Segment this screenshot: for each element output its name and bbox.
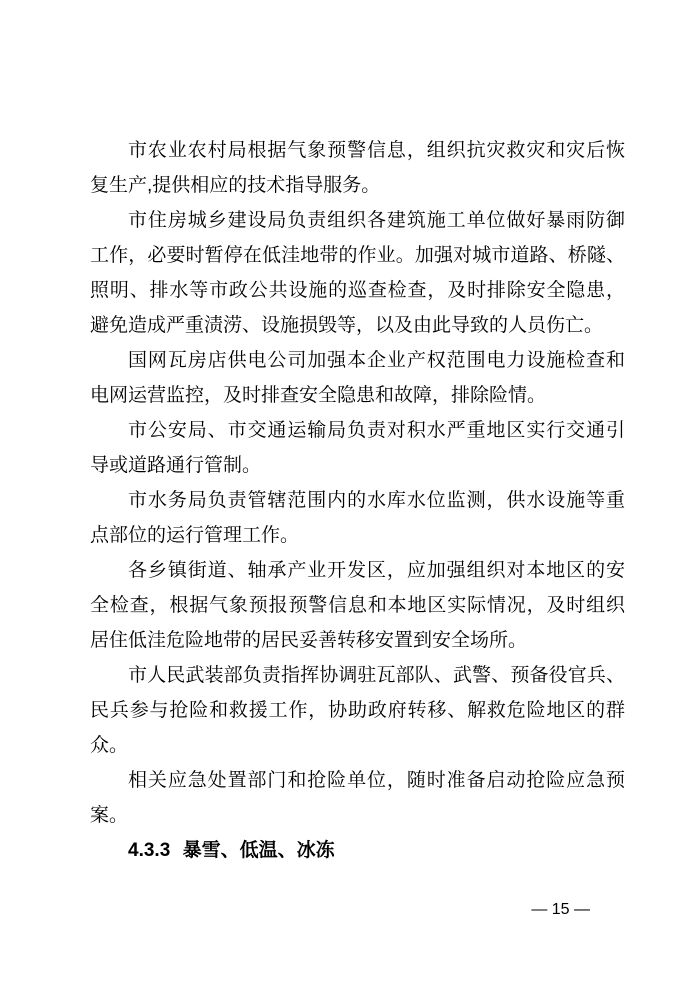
text-line: 居住低洼危险地带的居民妥善转移安置到安全场所。 xyxy=(90,623,625,658)
text-line: 市公安局、市交通运输局负责对积水严重地区实行交通引 xyxy=(90,413,625,448)
document-page: 市农业农村局根据气象预警信息，组织抗灾救灾和灾后恢复生产,提供相应的技术指导服务… xyxy=(0,0,700,990)
text-line: 众。 xyxy=(90,728,625,763)
text-line: 民兵参与抢险和救援工作，协助政府转移、解救危险地区的群 xyxy=(90,693,625,728)
text-line: 市住房城乡建设局负责组织各建筑施工单位做好暴雨防御 xyxy=(90,203,625,238)
text-line: 导或道路通行管制。 xyxy=(90,448,625,483)
section-heading: 4.3.3暴雪、低温、冰冻 xyxy=(128,833,625,868)
text-line: 各乡镇街道、轴承产业开发区，应加强组织对本地区的安 xyxy=(90,553,625,588)
text-line: 全检查，根据气象预报预警信息和本地区实际情况，及时组织 xyxy=(90,588,625,623)
text-line: 相关应急处置部门和抢险单位，随时准备启动抢险应急预 xyxy=(90,763,625,798)
text-line: 电网运营监控，及时排查安全隐患和故障，排除险情。 xyxy=(90,378,625,413)
text-line: 点部位的运行管理工作。 xyxy=(90,518,625,553)
text-line: 案。 xyxy=(90,798,625,833)
text-line: 复生产,提供相应的技术指导服务。 xyxy=(90,168,625,203)
document-content: 市农业农村局根据气象预警信息，组织抗灾救灾和灾后恢复生产,提供相应的技术指导服务… xyxy=(90,133,625,868)
text-line: 市人民武装部负责指挥协调驻瓦部队、武警、预备役官兵、 xyxy=(90,658,625,693)
section-heading-title: 暴雪、低温、冰冻 xyxy=(183,840,335,861)
text-line: 避免造成严重渍涝、设施损毁等，以及由此导致的人员伤亡。 xyxy=(90,308,625,343)
text-line: 市水务局负责管辖范围内的水库水位监测，供水设施等重 xyxy=(90,483,625,518)
page-number: — 15 — xyxy=(531,899,590,921)
text-line: 国网瓦房店供电公司加强本企业产权范围电力设施检查和 xyxy=(90,343,625,378)
text-line: 工作，必要时暂停在低洼地带的作业。加强对城市道路、桥隧、 xyxy=(90,238,625,273)
document-body: 市农业农村局根据气象预警信息，组织抗灾救灾和灾后恢复生产,提供相应的技术指导服务… xyxy=(90,133,625,833)
text-line: 照明、排水等市政公共设施的巡查检查，及时排除安全隐患， xyxy=(90,273,625,308)
section-heading-number: 4.3.3 xyxy=(128,840,170,861)
text-line: 市农业农村局根据气象预警信息，组织抗灾救灾和灾后恢 xyxy=(90,133,625,168)
